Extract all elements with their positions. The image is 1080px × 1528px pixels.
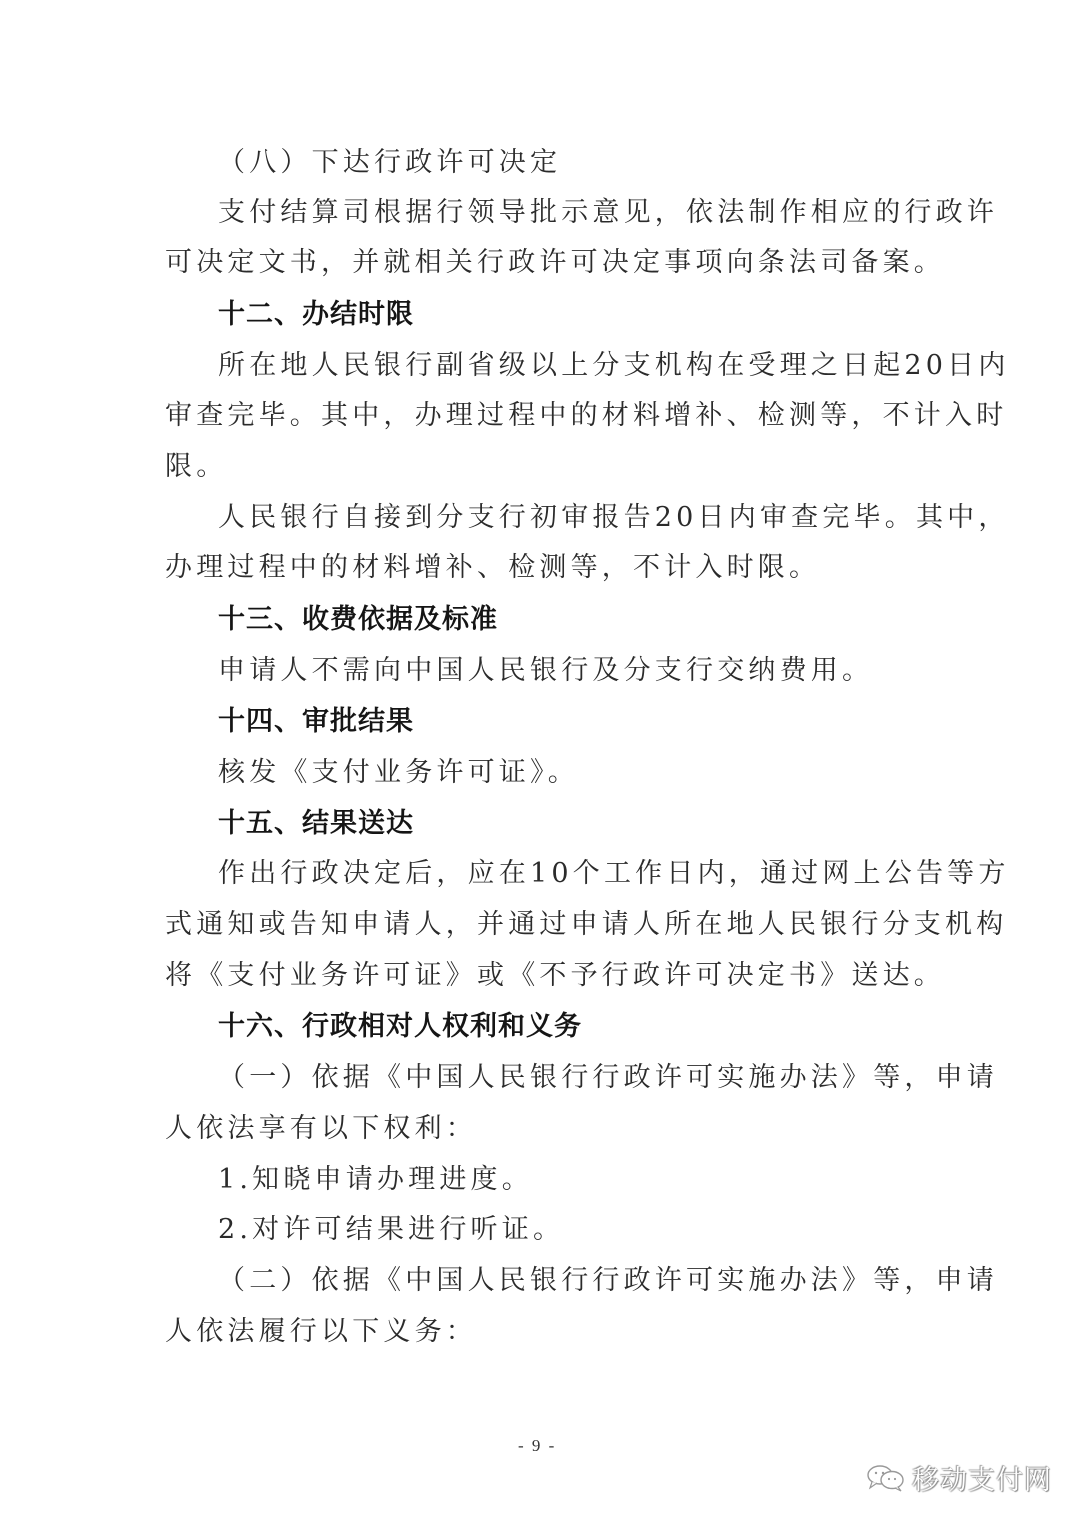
watermark-text: 移动支付网: [912, 1458, 1052, 1497]
paragraph-line: 1.知晓申请办理进度。: [218, 1163, 533, 1197]
section-heading: 十二、办结时限: [218, 298, 414, 332]
paragraph-line: 所在地人民银行副省级以上分支机构在受理之日起20日内: [218, 349, 1010, 383]
paragraph-line: 作出行政决定后，应在10个工作日内，通过网上公告等方: [218, 857, 1010, 891]
paragraph-line: 式通知或告知申请人，并通过申请人所在地人民银行分支机构: [165, 908, 1007, 942]
paragraph-line: 将《支付业务许可证》或《不予行政许可决定书》送达。: [165, 959, 945, 993]
section-heading: 十四、审批结果: [218, 705, 414, 739]
paragraph-line: 限。: [165, 450, 227, 484]
section-heading: 十五、结果送达: [218, 807, 414, 841]
section-heading: 十三、收费依据及标准: [218, 603, 498, 637]
section-heading: 十六、行政相对人权利和义务: [218, 1010, 582, 1044]
paragraph-line: 人依法享有以下权利：: [165, 1112, 477, 1146]
paragraph-line: 办理过程中的材料增补、检测等，不计入时限。: [165, 551, 820, 585]
document-page: （八）下达行政许可决定支付结算司根据行领导批示意见，依法制作相应的行政许可决定文…: [0, 0, 1080, 1528]
paragraph-line: 可决定文书，并就相关行政许可决定事项向条法司备案。: [165, 246, 945, 280]
paragraph-line: 人民银行自接到分支行初审报告20日内审查完毕。其中，: [218, 501, 1010, 535]
watermark: 移动支付网: [866, 1458, 1052, 1497]
paragraph-line: 2.对许可结果进行听证。: [218, 1213, 564, 1247]
paragraph-line: （八）下达行政许可决定: [218, 146, 561, 180]
paragraph-line: （一）依据《中国人民银行行政许可实施办法》等，申请: [218, 1061, 998, 1095]
paragraph-line: 申请人不需向中国人民银行及分支行交纳费用。: [218, 654, 873, 688]
paragraph-line: 人依法履行以下义务：: [165, 1315, 477, 1349]
paragraph-line: 审查完毕。其中，办理过程中的材料增补、检测等，不计入时: [165, 399, 1007, 433]
paragraph-line: 支付结算司根据行领导批示意见，依法制作相应的行政许: [218, 196, 998, 230]
wechat-icon: [866, 1463, 906, 1493]
paragraph-line: （二）依据《中国人民银行行政许可实施办法》等，申请: [218, 1264, 998, 1298]
page-number: - 9 -: [518, 1436, 556, 1456]
paragraph-line: 核发《支付业务许可证》。: [218, 756, 579, 790]
